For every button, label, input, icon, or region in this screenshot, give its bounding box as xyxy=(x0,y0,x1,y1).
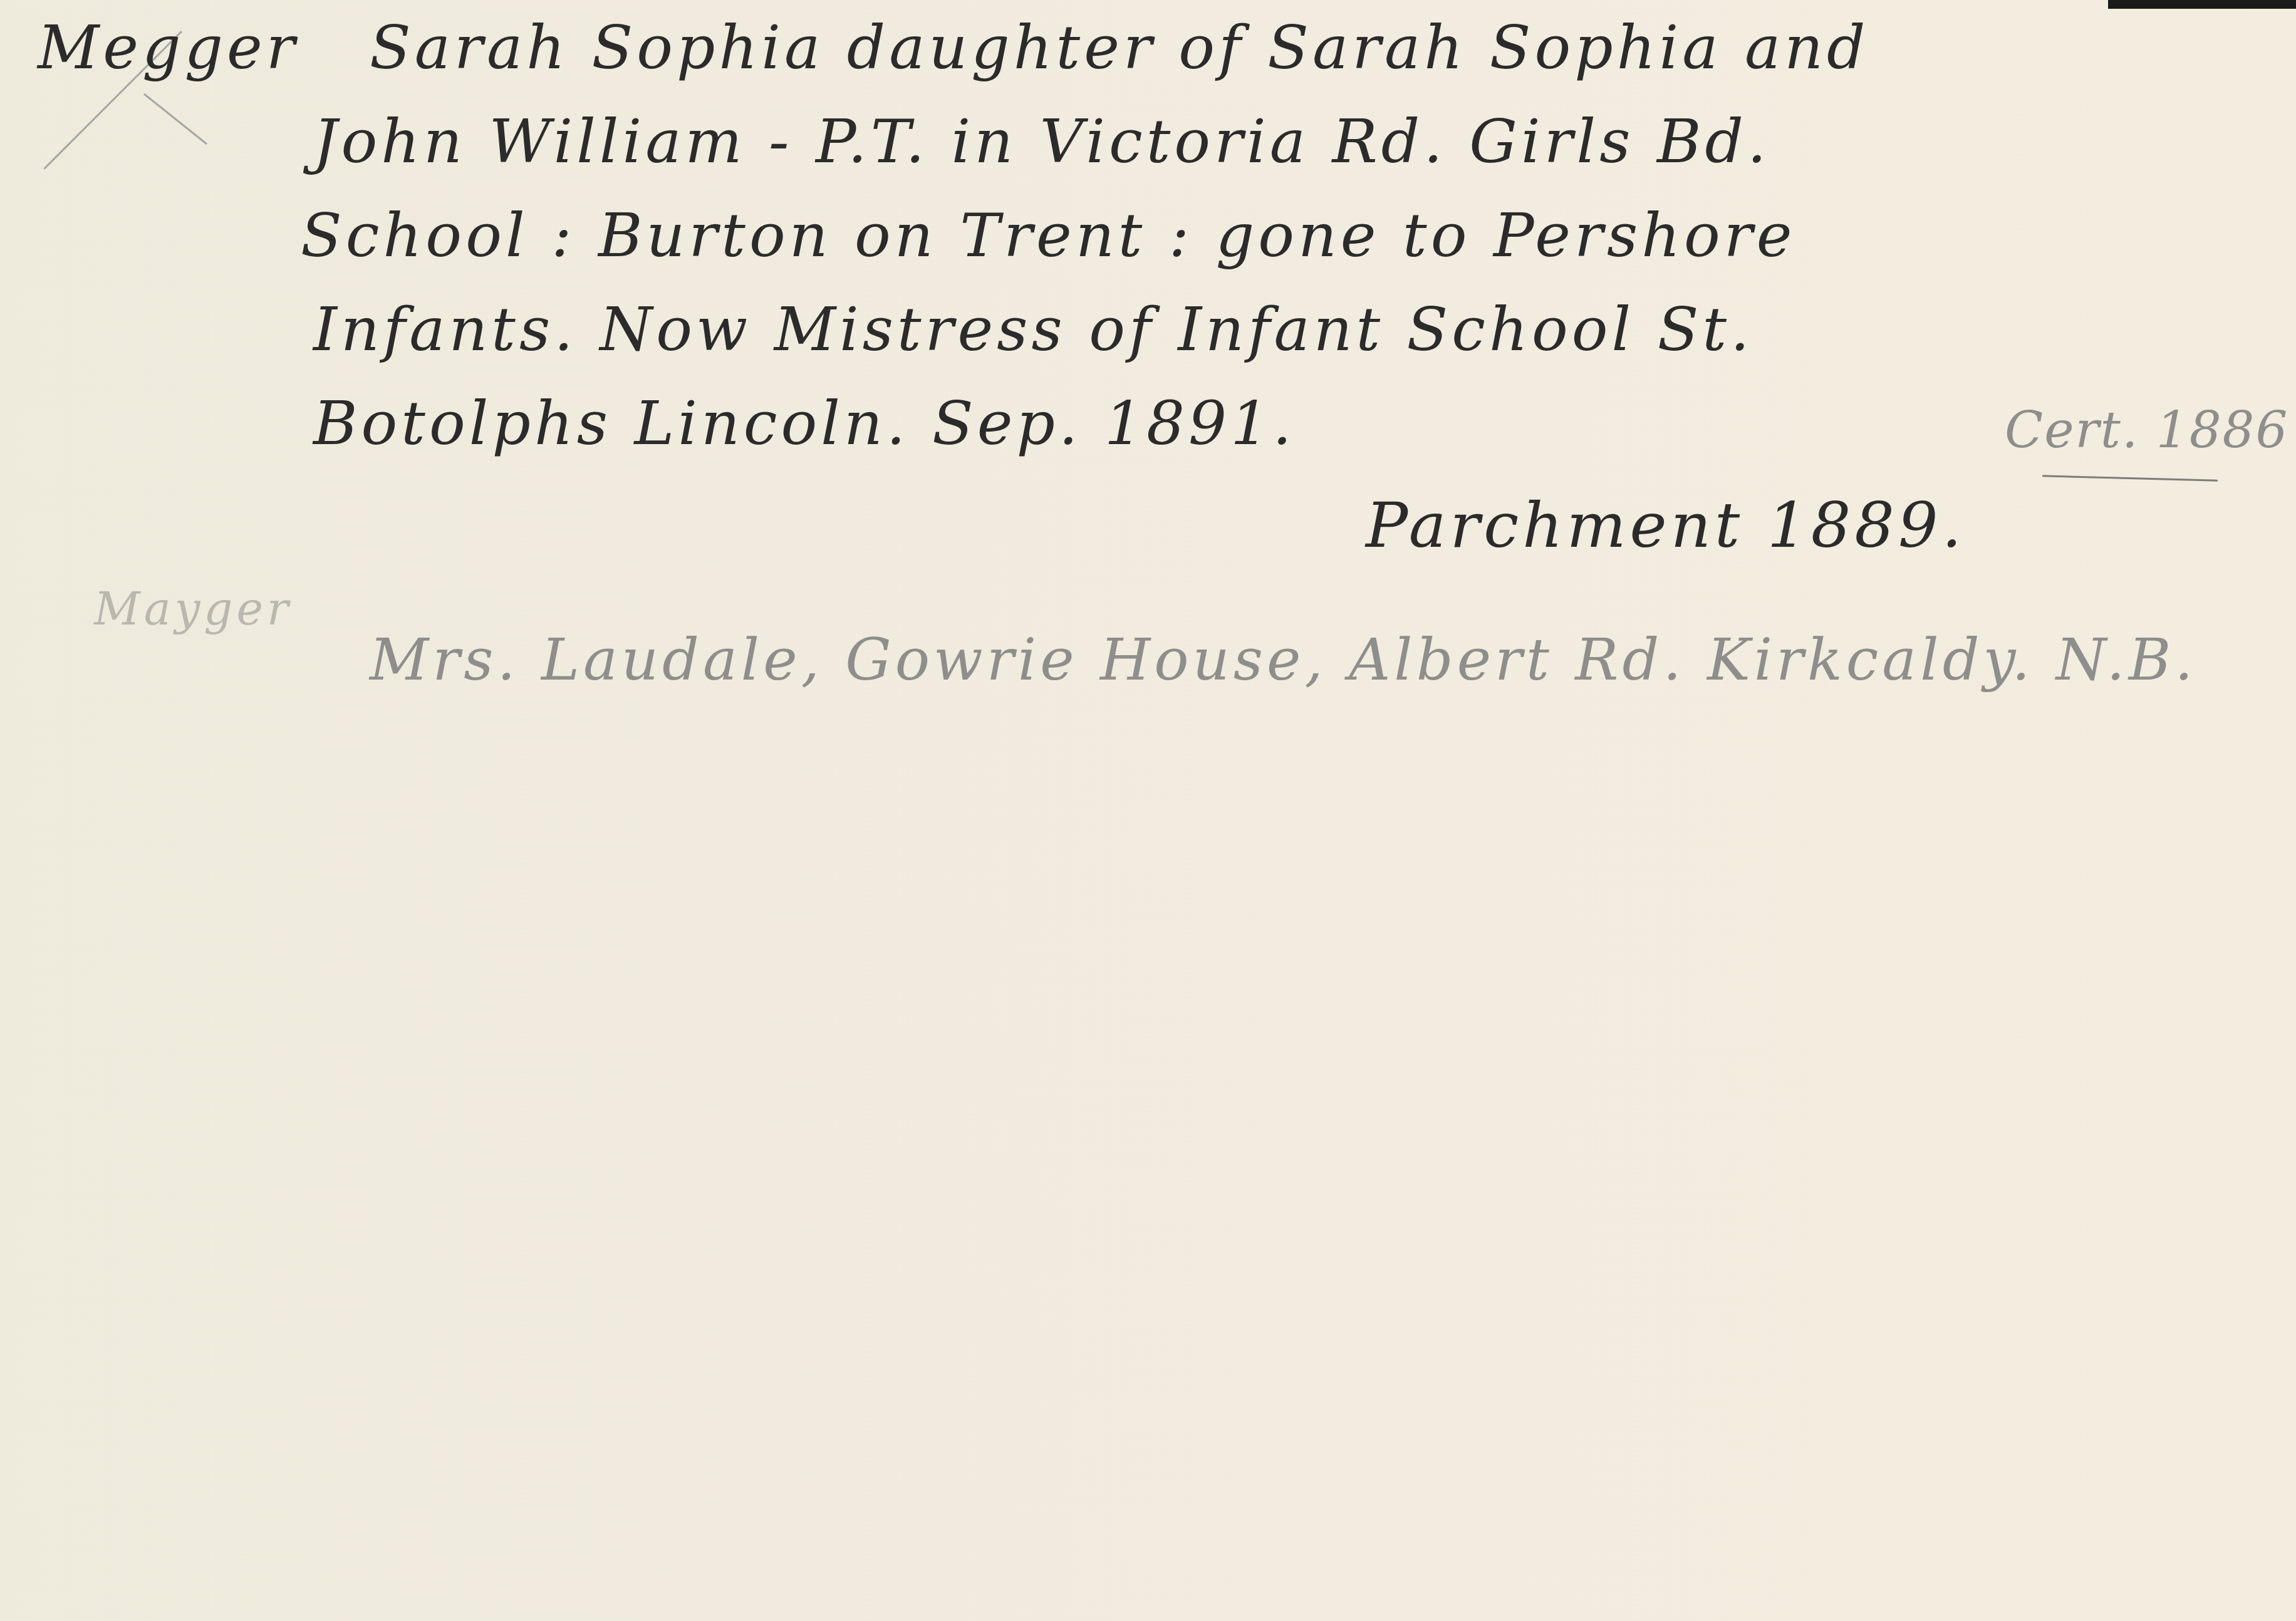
entry-line-2: John William - P.T. in Victoria Rd. Girl… xyxy=(313,106,1770,177)
entry-line-3: School : Burton on Trent : gone to Persh… xyxy=(301,200,1796,271)
entry-line-1: Sarah Sophia daughter of Sarah Sophia an… xyxy=(370,13,1869,83)
index-card: Megger Sarah Sophia daughter of Sarah So… xyxy=(0,0,2296,1621)
surname: Megger xyxy=(38,13,299,83)
certificate-note: Cert. 1886 xyxy=(2005,401,2288,459)
scan-border xyxy=(2108,0,2296,9)
parchment-note: Parchment 1889. xyxy=(1366,489,1965,562)
pencil-surname: Mayger xyxy=(94,583,292,635)
certificate-underline xyxy=(2042,475,2218,481)
entry-line-4: Infants. Now Mistress of Infant School S… xyxy=(313,294,1753,365)
entry-line-5: Botolphs Lincoln. Sep. 1891. xyxy=(313,388,1296,458)
address-line: Mrs. Laudale, Gowrie House, Albert Rd. K… xyxy=(370,626,2197,693)
